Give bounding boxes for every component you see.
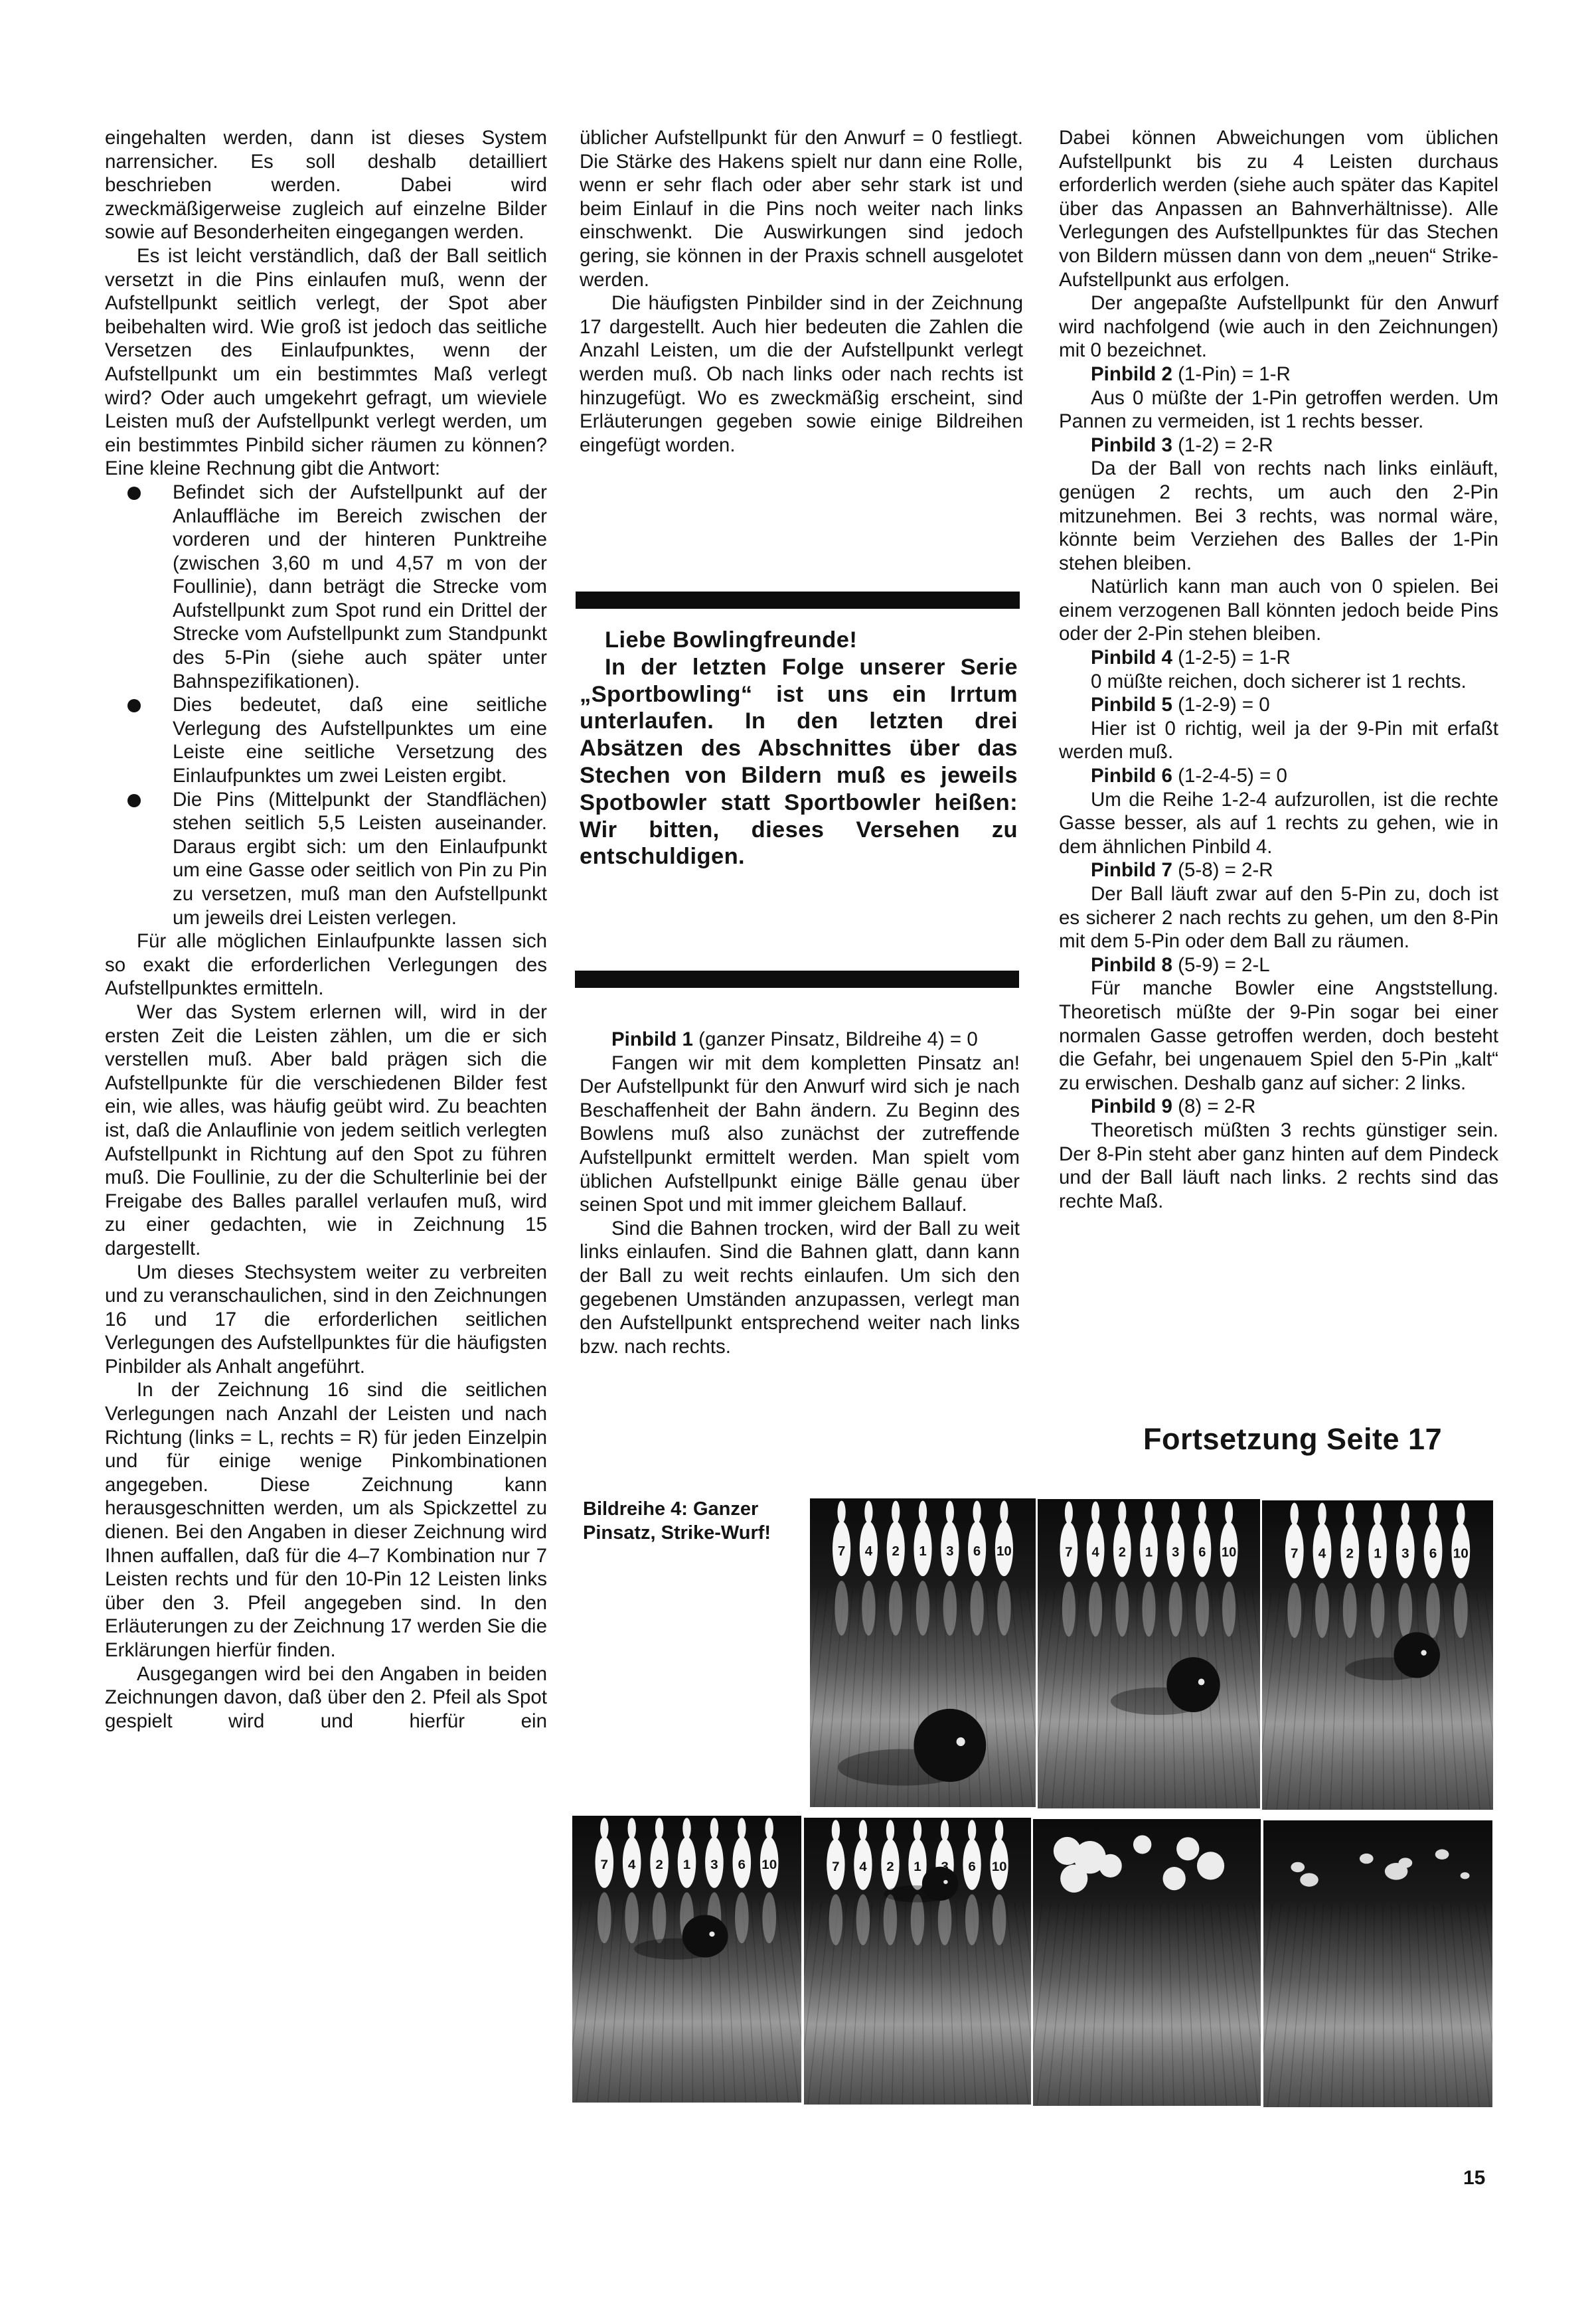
svg-text:1: 1: [1374, 1546, 1382, 1561]
svg-text:10: 10: [761, 1858, 777, 1872]
notice-rule-top: [576, 592, 1020, 609]
bullet-dot-icon: [127, 487, 141, 500]
svg-text:10: 10: [992, 1860, 1007, 1874]
svg-text:10: 10: [1453, 1546, 1469, 1561]
pinbild-spec: (8) = 2-R: [1172, 1095, 1255, 1117]
pinbild-spec: (1-Pin) = 1-R: [1172, 363, 1291, 385]
pinbild-heading: Pinbild 6 (1-2-4-5) = 0: [1059, 764, 1498, 788]
svg-text:4: 4: [628, 1858, 636, 1872]
pinbild-heading: Pinbild 7 (5-8) = 2-R: [1059, 858, 1498, 882]
right-paragraph-2: Der angepaßte Aufstellpunkt für den Anwu…: [1059, 291, 1498, 362]
notice-rule-bottom: [575, 971, 1019, 988]
pinbild-label: Pinbild 2: [1091, 363, 1172, 385]
svg-text:3: 3: [946, 1544, 953, 1559]
photo-frame-1: 7 4 2 1 3: [810, 1498, 1036, 1807]
svg-text:2: 2: [892, 1544, 900, 1559]
svg-text:1: 1: [683, 1858, 691, 1872]
pinbild-label: Pinbild 8: [1091, 954, 1172, 976]
left-column: eingehalten werden, dann ist dieses Syst…: [105, 126, 547, 1733]
pinbild-spec: (5-9) = 2-L: [1172, 954, 1270, 976]
svg-text:2: 2: [886, 1860, 894, 1874]
left-paragraph-4: Wer das System erlernen will, wird in de…: [105, 1000, 547, 1261]
correction-notice: Liebe Bowlingfreunde! In der letzten Fol…: [580, 627, 1018, 870]
page-number: 15: [1463, 2167, 1485, 2190]
pinbild-text: 0 müßte reichen, doch sicherer ist 1 rec…: [1059, 670, 1498, 694]
photo-frame-3: 7 4 2 1 3: [1262, 1500, 1493, 1810]
bullet-dot-icon: [127, 794, 141, 807]
pinbild-heading: Pinbild 2 (1-Pin) = 1-R: [1059, 362, 1498, 386]
notice-greeting: Liebe Bowlingfreunde!: [580, 627, 1018, 654]
svg-text:3: 3: [710, 1858, 718, 1872]
pinbild-spec: (1-2-4-5) = 0: [1172, 765, 1287, 787]
photo-frame-2: 7 4 2 1 3: [1038, 1499, 1260, 1808]
pinbild-label: Pinbild 3: [1091, 434, 1172, 456]
pinbild-label: Pinbild 6: [1091, 765, 1172, 787]
notice-body: In der letzten Folge unserer Serie „Spor…: [580, 654, 1018, 870]
bullet-text: Die Pins (Mittelpunkt der Standflächen) …: [173, 789, 547, 929]
pinbild-heading: Pinbild 1 (ganzer Pinsatz, Bildreihe 4) …: [580, 1028, 1020, 1052]
pinbild-1-paragraph-1: Fangen wir mit dem kompletten Pinsatz an…: [580, 1052, 1020, 1217]
photo-frame-6: [1033, 1819, 1261, 2106]
svg-text:3: 3: [1401, 1546, 1409, 1561]
svg-text:7: 7: [1065, 1545, 1072, 1559]
left-paragraph-5: Um dieses Stechsystem weiter zu verbreit…: [105, 1261, 547, 1379]
right-paragraph-1: Dabei können Abweichungen vom üblichen A…: [1059, 126, 1498, 291]
bullet-text: Befindet sich der Aufstellpunkt auf der …: [173, 481, 547, 692]
left-paragraph-3: Für alle möglichen Einlaufpunkte lassen …: [105, 929, 547, 1000]
pinbild-heading: Pinbild 4 (1-2-5) = 1-R: [1059, 646, 1498, 670]
svg-text:4: 4: [1092, 1545, 1100, 1559]
pinbild-text: Theoretisch müßten 3 rechts günstiger se…: [1059, 1119, 1498, 1213]
figure-caption: Bildreihe 4: Ganzer Pinsatz, Strike-Wurf…: [583, 1497, 802, 1545]
pinbild-label: Pinbild 4: [1091, 647, 1172, 669]
pinbild-heading: Pinbild 8 (5-9) = 2-L: [1059, 953, 1498, 977]
svg-text:7: 7: [601, 1858, 609, 1872]
photo-frame-4: 7 4 2 1 3: [572, 1816, 801, 2103]
pinbild-text: Aus 0 müßte der 1-Pin getroffen werden. …: [1059, 386, 1498, 434]
bullet-dot-icon: [127, 699, 141, 712]
pinbild-text: Hier ist 0 richtig, weil ja der 9-Pin mi…: [1059, 717, 1498, 764]
svg-text:3: 3: [1172, 1545, 1179, 1559]
pinbild-text: Der Ball läuft zwar auf den 5-Pin zu, do…: [1059, 882, 1498, 953]
pinbild-heading: Pinbild 5 (1-2-9) = 0: [1059, 693, 1498, 717]
svg-text:6: 6: [738, 1858, 746, 1872]
svg-text:7: 7: [832, 1860, 839, 1874]
svg-text:2: 2: [1119, 1545, 1126, 1559]
pinbild-label: Pinbild 9: [1091, 1095, 1172, 1117]
svg-text:6: 6: [968, 1860, 975, 1874]
svg-text:4: 4: [1318, 1546, 1326, 1561]
left-paragraph-1: eingehalten werden, dann ist dieses Syst…: [105, 126, 547, 244]
continuation-note: Fortsetzung Seite 17: [1143, 1422, 1442, 1457]
svg-text:4: 4: [865, 1544, 873, 1559]
bullet-item: Befindet sich der Aufstellpunkt auf der …: [173, 481, 547, 693]
svg-text:6: 6: [1198, 1545, 1206, 1559]
svg-text:7: 7: [1291, 1546, 1299, 1561]
pinbild-text: Natürlich kann man auch von 0 spielen. B…: [1059, 575, 1498, 646]
pinbild-label: Pinbild 5: [1091, 694, 1172, 716]
svg-text:2: 2: [655, 1858, 663, 1872]
middle-column: üblicher Aufstellpunkt für den Anwurf = …: [580, 126, 1023, 457]
pinbild-spec: (1-2-5) = 1-R: [1172, 647, 1291, 669]
svg-text:10: 10: [1222, 1545, 1236, 1559]
svg-text:6: 6: [973, 1544, 981, 1559]
svg-text:2: 2: [1346, 1546, 1354, 1561]
pinbild-text: Um die Reihe 1-2-4 aufzurollen, ist die …: [1059, 788, 1498, 859]
pinbild-text: Für manche Bowler eine Angststellung. Th…: [1059, 977, 1498, 1095]
pinbild-label: Pinbild 1: [611, 1028, 693, 1050]
right-column: Dabei können Abweichungen vom üblichen A…: [1059, 126, 1498, 1213]
pinbild-text: Da der Ball von rechts nach links einläu…: [1059, 457, 1498, 575]
left-paragraph-7: Ausgegangen wird bei den Angaben in beid…: [105, 1662, 547, 1733]
left-paragraph-2: Es ist leicht verständlich, daß der Ball…: [105, 244, 547, 481]
pinbild-label: Pinbild 7: [1091, 859, 1172, 881]
svg-text:1: 1: [919, 1544, 926, 1559]
pinbild-heading: Pinbild 3 (1-2) = 2-R: [1059, 434, 1498, 457]
photo-frame-5: 7 4 2 1 3: [804, 1818, 1031, 2105]
pinbild-spec: (1-2-9) = 0: [1172, 694, 1270, 716]
svg-text:10: 10: [997, 1544, 1012, 1559]
svg-text:1: 1: [1145, 1545, 1153, 1559]
pinbild-spec: (1-2) = 2-R: [1172, 434, 1273, 456]
svg-text:4: 4: [859, 1860, 866, 1874]
svg-text:1: 1: [914, 1860, 921, 1874]
photo-frame-7: [1263, 1820, 1492, 2107]
left-paragraph-6: In der Zeichnung 16 sind die seitlichen …: [105, 1378, 547, 1662]
pinbild-1-paragraph-2: Sind die Bahnen trocken, wird der Ball z…: [580, 1217, 1020, 1359]
bullet-item: Dies bedeutet, daß eine seitliche Verleg…: [173, 693, 547, 787]
bullet-item: Die Pins (Mittelpunkt der Standflächen) …: [173, 788, 547, 930]
pinbild-heading: Pinbild 9 (8) = 2-R: [1059, 1095, 1498, 1119]
pinbild-1-section: Pinbild 1 (ganzer Pinsatz, Bildreihe 4) …: [580, 1028, 1020, 1358]
svg-text:7: 7: [838, 1544, 845, 1559]
bullet-text: Dies bedeutet, daß eine seitliche Verleg…: [173, 694, 547, 787]
middle-paragraph-1: üblicher Aufstellpunkt für den Anwurf = …: [580, 126, 1023, 291]
pinbild-spec: (ganzer Pinsatz, Bildreihe 4) = 0: [693, 1028, 978, 1050]
middle-paragraph-2: Die häufigsten Pinbilder sind in der Zei…: [580, 291, 1023, 457]
pinbild-spec: (5-8) = 2-R: [1172, 859, 1273, 881]
svg-text:6: 6: [1429, 1546, 1437, 1561]
bullet-list: Befindet sich der Aufstellpunkt auf der …: [105, 481, 547, 929]
